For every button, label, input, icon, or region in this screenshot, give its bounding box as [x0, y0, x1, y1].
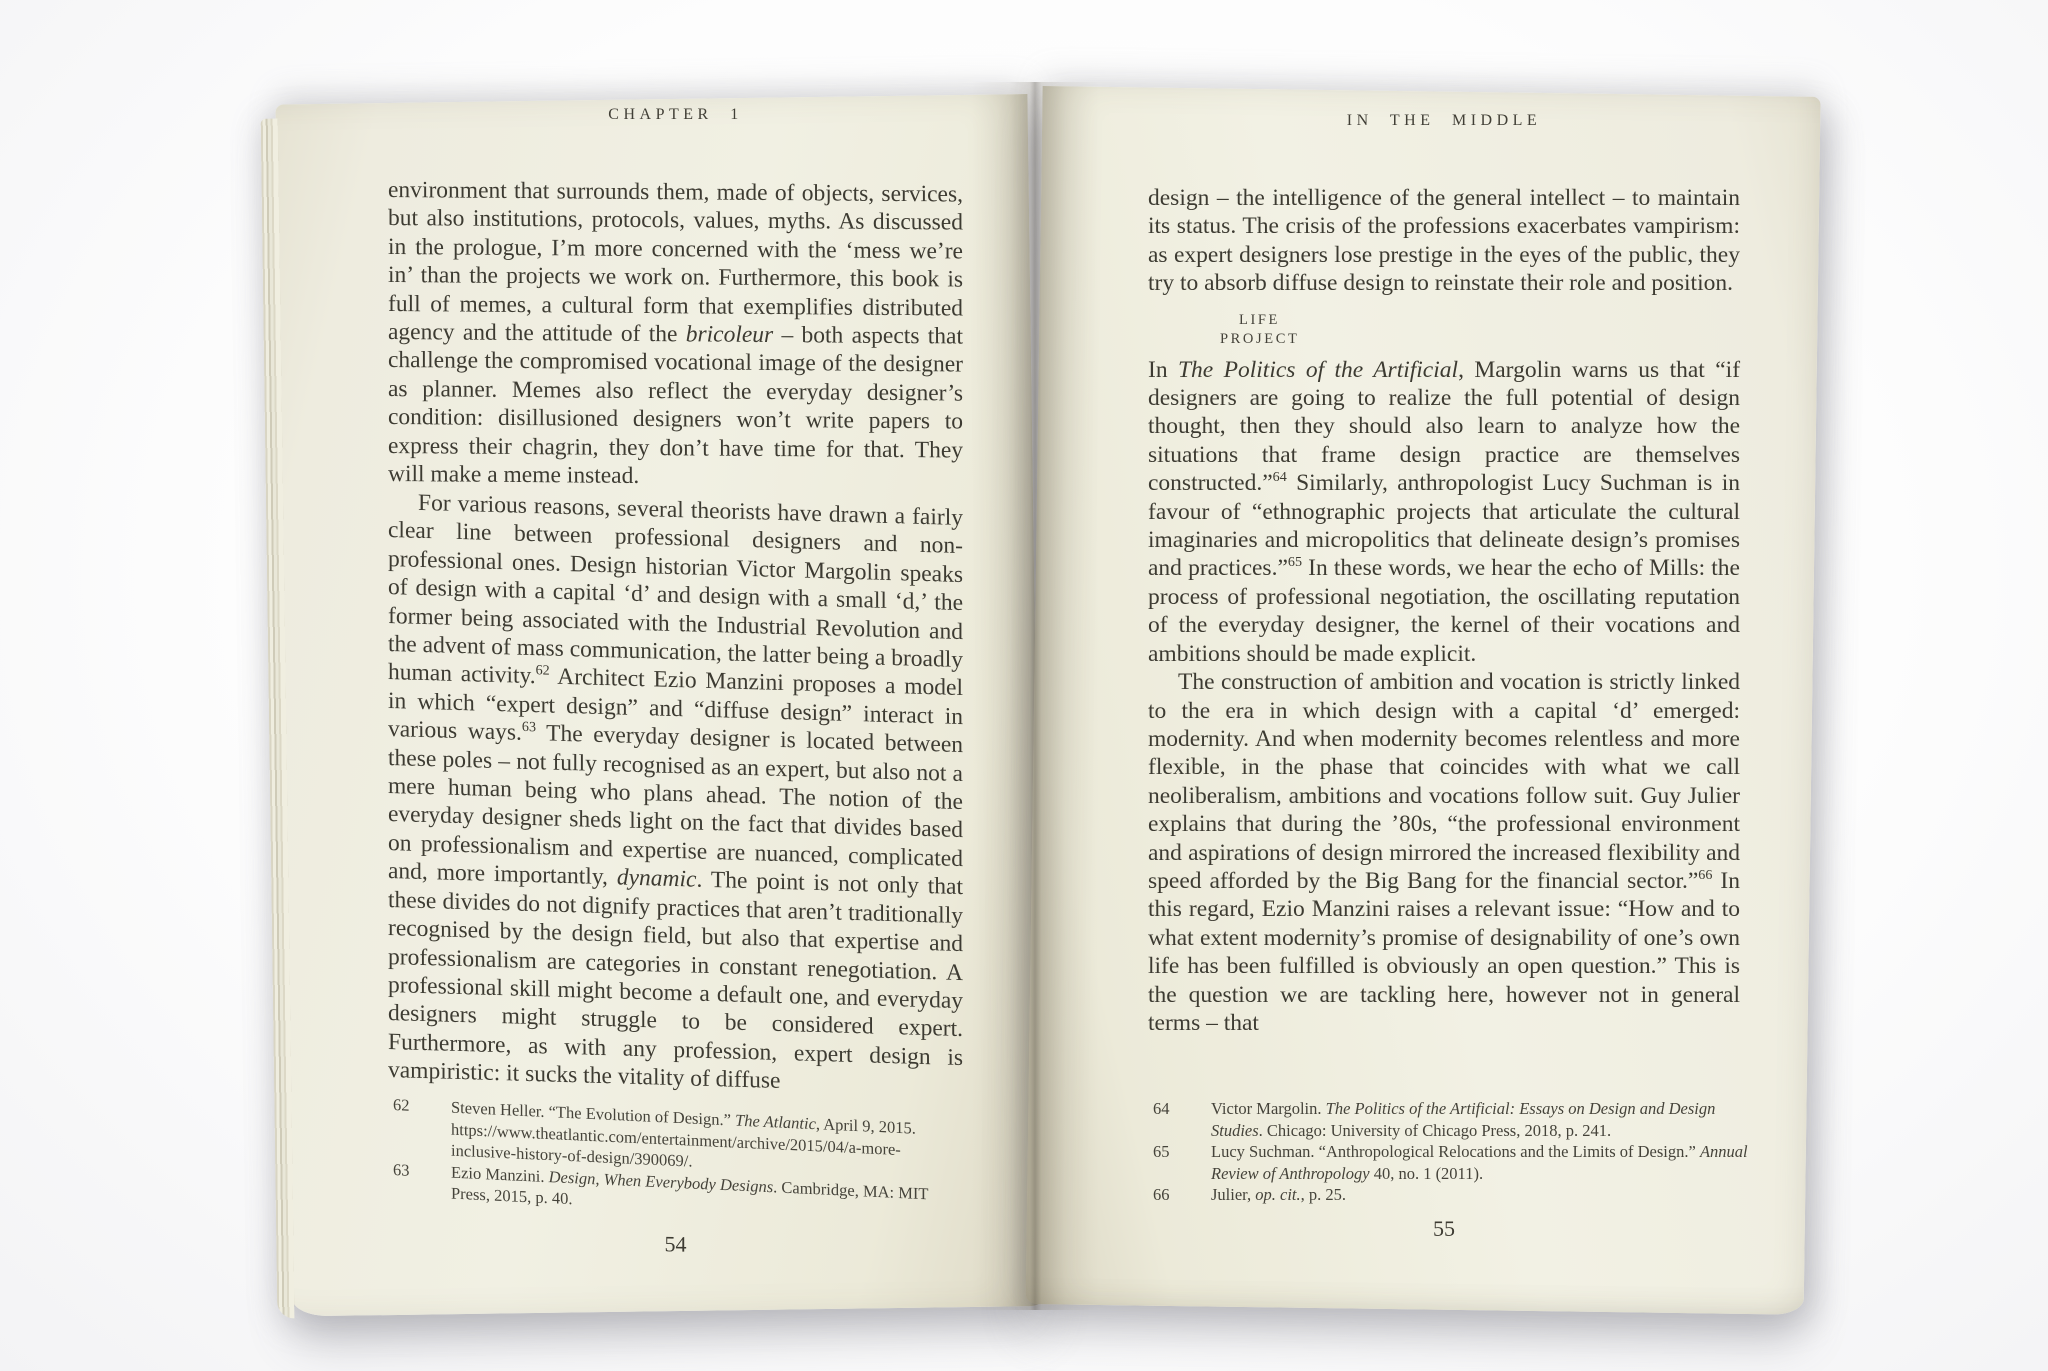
body-paragraph: For various reasons, several theorists h…: [388, 488, 963, 1101]
right-body-text: design – the intelligence of the general…: [1148, 184, 1740, 1037]
body-paragraph: The construction of ambition and vocatio…: [1148, 668, 1740, 1037]
section-heading-line: LIFE: [1220, 311, 1740, 330]
left-page-text: CHAPTER 1 environment that surrounds the…: [283, 94, 1035, 1306]
book-spread: CHAPTER 1 environment that surrounds the…: [265, 56, 1815, 1308]
footnote-text: Victor Margolin. The Politics of the Art…: [1211, 1098, 1761, 1141]
footnote-number: 63: [393, 1159, 451, 1205]
section-heading-line: PROJECT: [1220, 330, 1740, 349]
footnote-row: 64 Victor Margolin. The Politics of the …: [1153, 1098, 1761, 1141]
footnote-row: 65 Lucy Suchman. “Anthropological Reloca…: [1153, 1141, 1761, 1184]
left-body-text: environment that surrounds them, made of…: [388, 176, 963, 1085]
footnote-text: Lucy Suchman. “Anthropological Relocatio…: [1211, 1141, 1761, 1184]
right-page-text: IN THE MIDDLE design – the intelligence …: [1035, 86, 1813, 1304]
section-heading-life-project: LIFE PROJECT: [1148, 311, 1740, 349]
left-footnotes: 62 Steven Heller. “The Evolution of Desi…: [393, 1094, 955, 1227]
right-footnotes: 64 Victor Margolin. The Politics of the …: [1153, 1098, 1761, 1206]
footnote-number: 66: [1153, 1184, 1211, 1206]
page-number-left: 54: [388, 1226, 963, 1263]
running-head-chapter: CHAPTER 1: [388, 106, 963, 124]
page-number-right: 55: [1148, 1216, 1740, 1242]
footnote-row: 66 Julier, op. cit., p. 25.: [1153, 1184, 1761, 1206]
body-paragraph: design – the intelligence of the general…: [1148, 184, 1740, 298]
footnote-number: 65: [1153, 1141, 1211, 1184]
footnote-number: 64: [1153, 1098, 1211, 1141]
footnote-text: Julier, op. cit., p. 25.: [1211, 1184, 1761, 1206]
body-paragraph: environment that surrounds them, made of…: [388, 176, 963, 493]
footnote-number: 62: [393, 1094, 451, 1161]
body-paragraph: In The Politics of the Artificial, Margo…: [1148, 356, 1740, 668]
running-head-section: IN THE MIDDLE: [1148, 112, 1740, 130]
